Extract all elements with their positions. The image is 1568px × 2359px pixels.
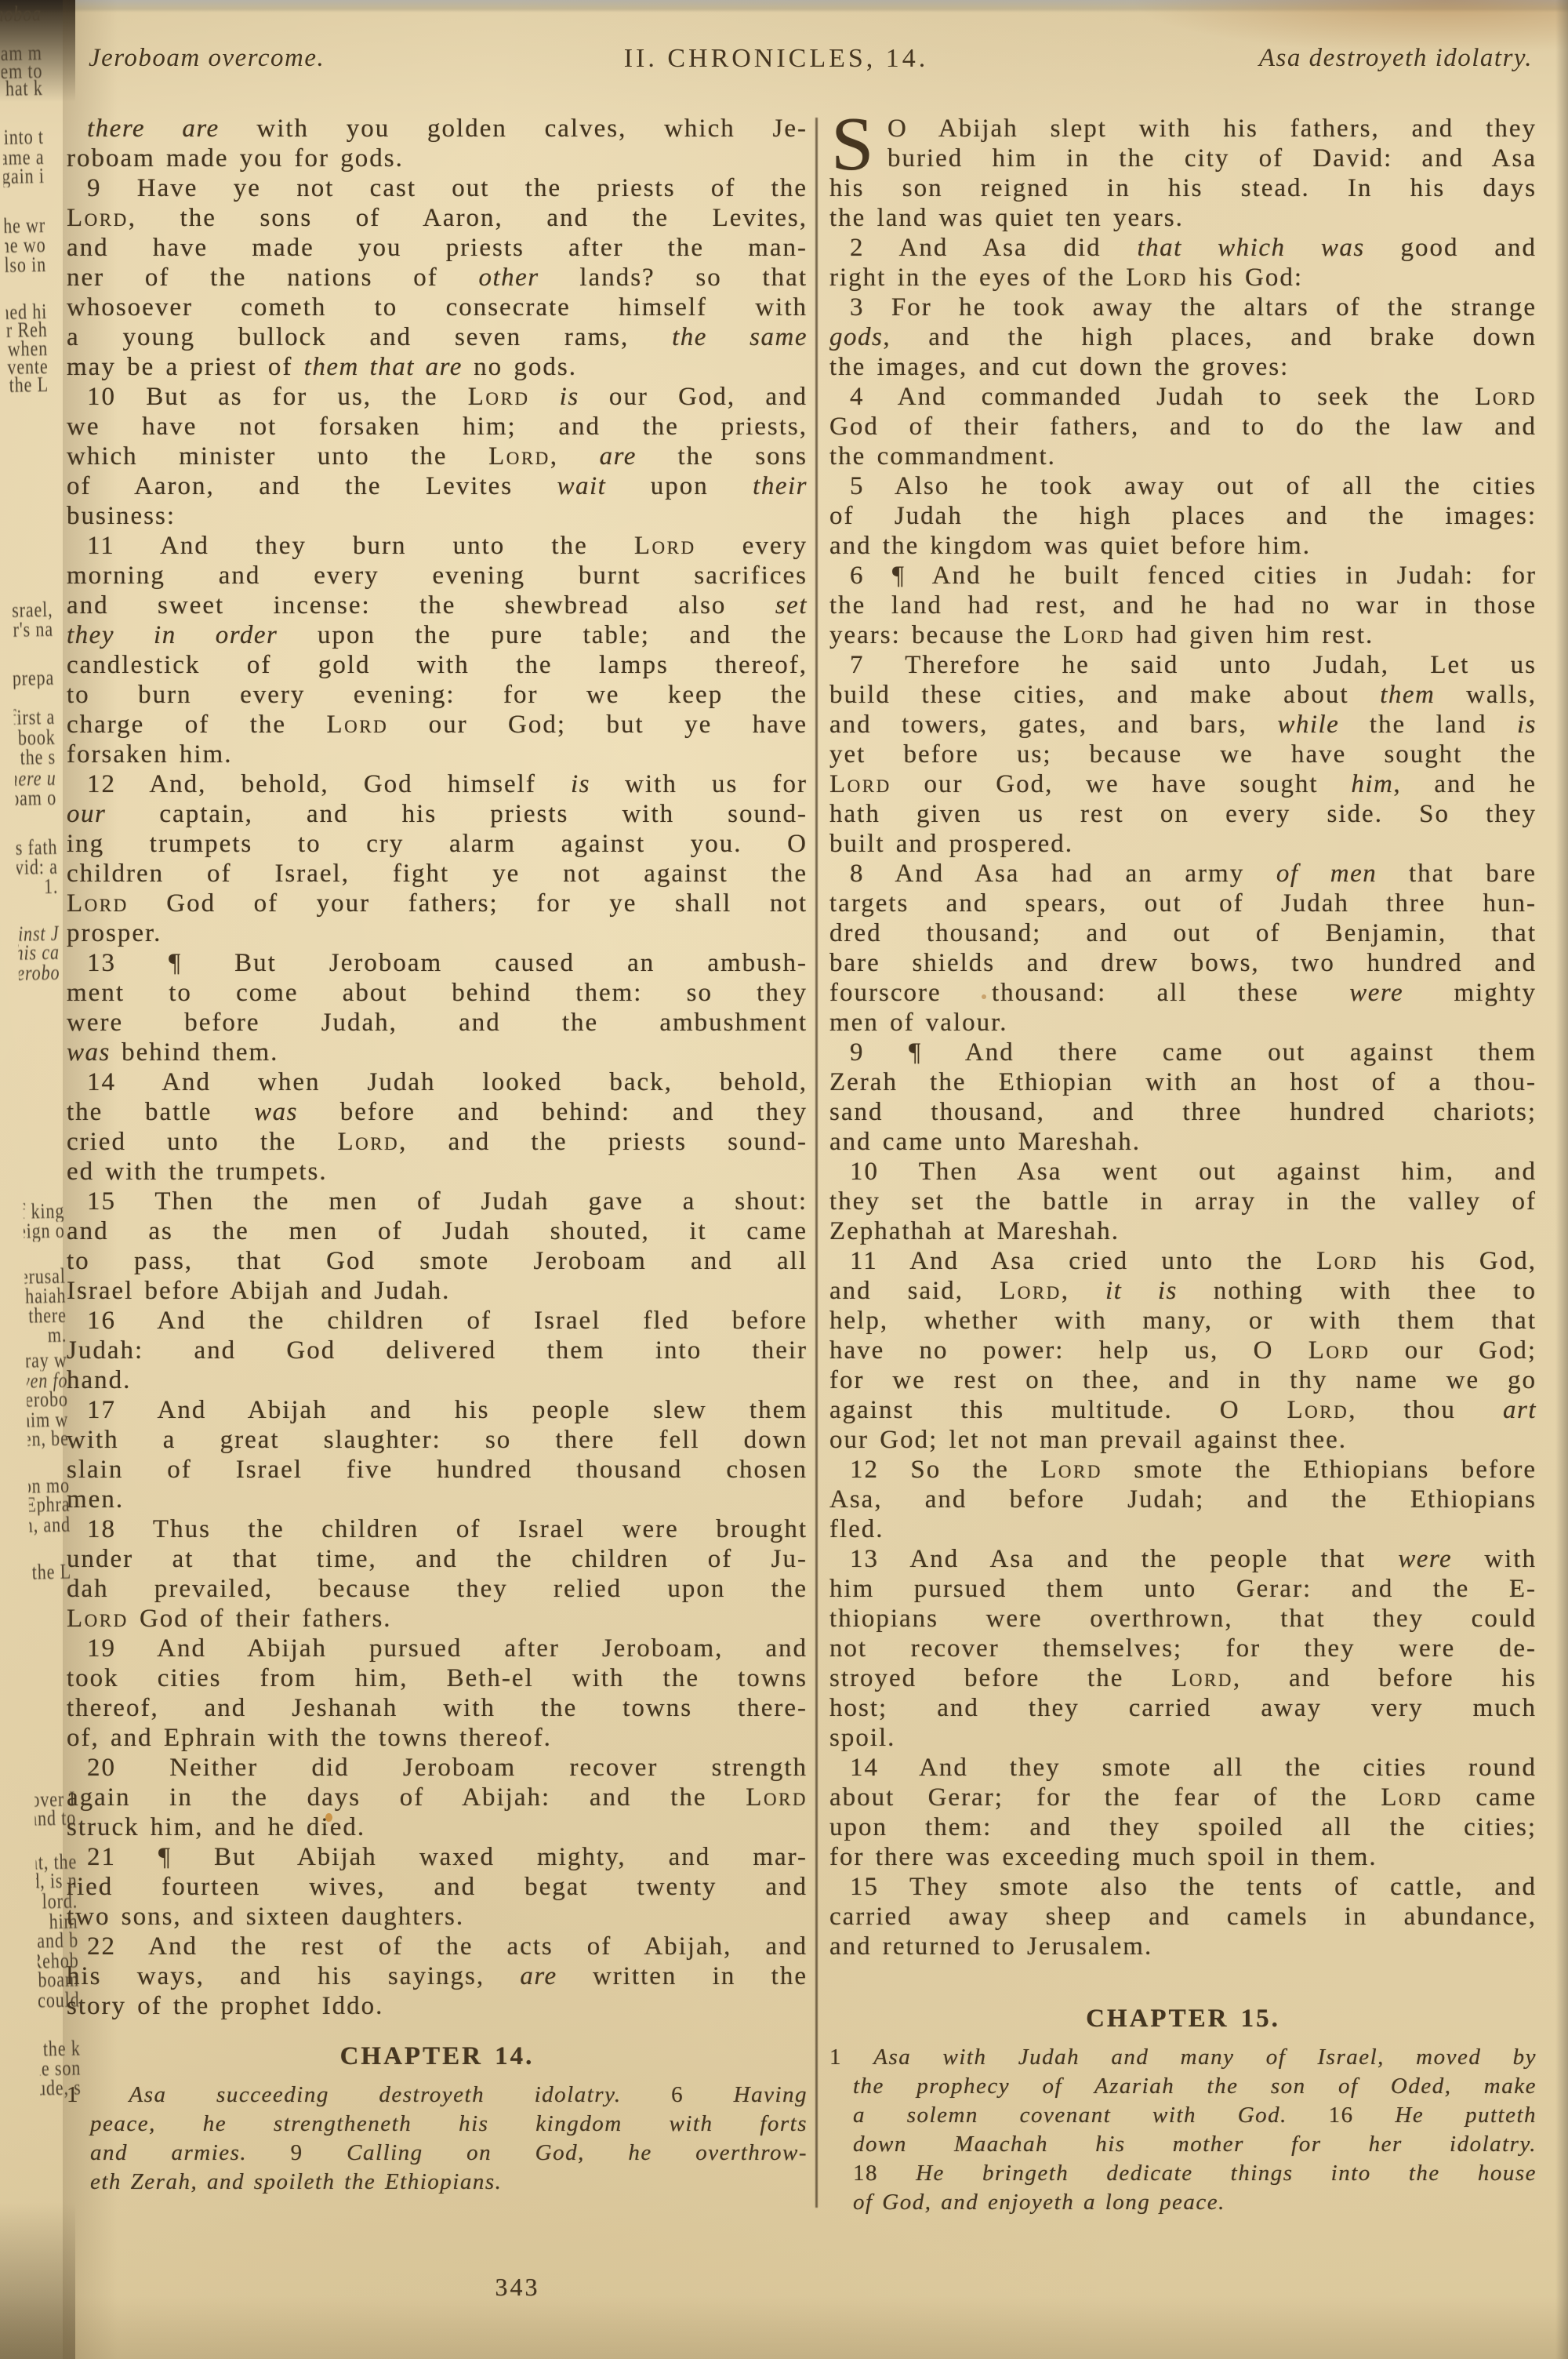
gutter-text-fragment: into t — [2, 126, 44, 148]
text-line: prosper. — [67, 918, 808, 948]
text-line: and said, Lord, it is nothing with thee … — [829, 1276, 1537, 1306]
text-line: charge of the Lord our God; but ye have — [67, 710, 808, 740]
text-line: stroyed before the Lord, and before his — [829, 1663, 1537, 1693]
text-line: hand. — [67, 1365, 808, 1395]
text-line: 13 And Asa and the people that were with — [829, 1544, 1537, 1574]
text-line: candlestick of gold with the lamps there… — [67, 650, 808, 680]
text-line: were before Judah, and the ambushment — [67, 1008, 808, 1038]
text-line: 2 And Asa did that which was good and — [829, 233, 1537, 263]
text-line: a solemn covenant with God. 16 He puttet… — [853, 2101, 1537, 2130]
text-line: built and prospered. — [829, 829, 1537, 859]
text-line: children of Israel, fight ye not against… — [67, 859, 808, 889]
verse-paragraph: SO Abijah slept with his fathers, and th… — [829, 114, 1537, 233]
text-line: 7 Therefore he said unto Judah, Let us — [829, 650, 1537, 680]
text-line: with a great slaughter: so there fell do… — [67, 1425, 808, 1455]
text-line: dah prevailed, because they relied upon … — [67, 1574, 808, 1604]
verse-paragraph: 10 Then Asa went out against him, andthe… — [829, 1157, 1537, 1246]
text-line: we have not forsaken him; and the priest… — [67, 412, 808, 442]
text-line: ment to come about behind them: so they — [67, 978, 808, 1008]
text-line: the images, and cut down the groves: — [829, 352, 1537, 382]
text-line: him pursued them unto Gerar: and the E- — [829, 1574, 1537, 1604]
gutter-text-fragment: gain i — [3, 165, 45, 187]
text-line: for there was exceeding much spoil in th… — [829, 1842, 1537, 1872]
verse-paragraph: 14 And they smote all the cities roundab… — [829, 1753, 1537, 1872]
text-line: 11 And they burn unto the Lord every — [67, 531, 808, 561]
verse-paragraph: 2 And Asa did that which was good andrig… — [829, 233, 1537, 293]
text-line: the land was quiet ten years. — [829, 203, 1537, 233]
text-line: yet before us; because we have sought th… — [829, 740, 1537, 769]
page-top-edge — [0, 0, 1568, 13]
gutter-text-fragment: boam o — [15, 787, 56, 809]
text-line: fled. — [829, 1514, 1537, 1544]
verse-paragraph: 8 And Asa had an army of men that bareta… — [829, 859, 1537, 1038]
text-line: peace, he strengtheneth his kingdom with… — [90, 2110, 808, 2139]
text-line: against this multitude. O Lord, thou art — [829, 1395, 1537, 1425]
text-line: Lord, the sons of Aaron, and the Levites… — [67, 203, 808, 233]
text-line: about Gerar; for the fear of the Lord ca… — [829, 1783, 1537, 1812]
text-line: 1 Asa succeeding destroyeth idolatry. 6 … — [90, 2081, 808, 2110]
verse-paragraph: 12 And, behold, God himself is with us f… — [67, 769, 808, 948]
gutter-text-fragment: book — [14, 727, 56, 749]
text-line: morning and every evening burnt sacrific… — [67, 561, 808, 591]
gutter-text-fragment: he wo — [5, 234, 46, 256]
chapter-heading: CHAPTER 14. — [67, 2041, 808, 2071]
text-line: build these cities, and make about them … — [829, 680, 1537, 710]
text-line: the commandment. — [829, 442, 1537, 471]
page-right-edge — [1555, 0, 1568, 2359]
text-line: forsaken him. — [67, 740, 808, 769]
text-line: Lord God of your fathers; for ye shall n… — [67, 889, 808, 918]
text-line: took cities from him, Beth-el with the t… — [67, 1663, 808, 1693]
text-line: dred thousand; and out of Benjamin, that — [829, 918, 1537, 948]
text-line: spoil. — [829, 1723, 1537, 1753]
verse-paragraph: 5 Also he took away out of all the citie… — [829, 471, 1537, 561]
text-line: of God, and enjoyeth a long peace. — [853, 2188, 1537, 2217]
verse-paragraph: 14 And when Judah looked back, behold,th… — [67, 1067, 808, 1187]
gutter-text-fragment: Jerusal — [24, 1266, 66, 1288]
chapter-summary: 1 Asa with Judah and many of Israel, mov… — [829, 2043, 1537, 2217]
text-line: and the kingdom was quiet before him. — [829, 531, 1537, 561]
verse-paragraph: 16 And the children of Israel fled befor… — [67, 1306, 808, 1395]
text-line: 14 And they smote all the cities round — [829, 1753, 1537, 1783]
chapter-summary: 1 Asa succeeding destroyeth idolatry. 6 … — [67, 2081, 808, 2197]
gutter-text-fragment: 1. — [16, 876, 58, 898]
text-line: and have made you priests after the man- — [67, 233, 808, 263]
text-line: slain of Israel five hundred thousand ch… — [67, 1455, 808, 1485]
verse-paragraph: 9 Have ye not cast out the priests of th… — [67, 173, 808, 382]
text-line: of Judah the high places and the images: — [829, 501, 1537, 531]
gutter-text-fragment: avid: a — [16, 856, 58, 878]
column-divider-rule — [815, 118, 818, 2208]
page-bottom-shade — [0, 2296, 1568, 2359]
gutter-text-fragment: first a — [13, 707, 55, 729]
chapter-heading: CHAPTER 15. — [829, 2004, 1537, 2034]
text-line: business: — [67, 501, 808, 531]
text-line: 12 And, behold, God himself is with us f… — [67, 769, 808, 799]
text-line: 19 And Abijah pursued after Jeroboam, an… — [67, 1634, 808, 1663]
verse-paragraph: 11 And Asa cried unto the Lord his God,a… — [829, 1246, 1537, 1455]
text-line: 5 Also he took away out of all the citie… — [829, 471, 1537, 501]
text-line: Asa, and before Judah; and the Ethiopian… — [829, 1485, 1537, 1514]
verse-paragraph: 20 Neither did Jeroboam recover strength… — [67, 1753, 808, 1842]
verse-paragraph: 17 And Abijah and his people slew themwi… — [67, 1395, 808, 1514]
text-line: under at that time, and the children of … — [67, 1544, 808, 1574]
gutter-text-fragment: l there — [25, 1305, 67, 1327]
gutter-text-fragment: o the s — [14, 747, 56, 769]
text-line: struck him, and he died. — [67, 1812, 808, 1842]
text-line: men of valour. — [829, 1008, 1537, 1038]
text-line: O Abijah slept with his fathers, and the… — [829, 114, 1537, 144]
running-header: Jeroboam overcome. II. CHRONICLES, 14. A… — [67, 44, 1541, 80]
text-line: 18 Thus the children of Israel were brou… — [67, 1514, 808, 1544]
text-line: his son reigned in his stead. In his day… — [829, 173, 1537, 203]
bible-page: hoboaam mem tohat kinto tame again ithe … — [0, 0, 1568, 2359]
text-line: story of the prophet Iddo. — [67, 1991, 808, 2021]
text-line: they set the battle in array in the vall… — [829, 1187, 1537, 1216]
text-line: 20 Neither did Jeroboam recover strength — [67, 1753, 808, 1783]
text-line: carried away sheep and camels in abundan… — [829, 1902, 1537, 1932]
text-line: 3 For he took away the altars of the str… — [829, 293, 1537, 322]
verse-paragraph: 13 And Asa and the people that were with… — [829, 1544, 1537, 1753]
text-line: not recover themselves; for they were de… — [829, 1634, 1537, 1663]
gutter-text-fragment: reign o — [24, 1220, 65, 1242]
text-line: 13 ¶ But Jeroboam caused an ambush- — [67, 948, 808, 978]
text-line: 11 And Asa cried unto the Lord his God, — [829, 1246, 1537, 1276]
drop-cap: S — [831, 114, 874, 175]
text-line: 14 And when Judah looked back, behold, — [67, 1067, 808, 1097]
verse-paragraph: 21 ¶ But Abijah waxed mighty, and mar-ri… — [67, 1842, 808, 1932]
text-line: 12 So the Lord smote the Ethiopians befo… — [829, 1455, 1537, 1485]
text-line: of, and Ephrain with the towns thereof. — [67, 1723, 808, 1753]
text-line: 10 But as for us, the Lord is our God, a… — [67, 382, 808, 412]
text-column-right: SO Abijah slept with his fathers, and th… — [829, 114, 1537, 2217]
text-line: and as the men of Judah shouted, it came — [67, 1216, 808, 1246]
text-line: to pass, that God smote Jeroboam and all — [67, 1246, 808, 1276]
text-line: host; and they carried away very much — [829, 1693, 1537, 1723]
text-line: again in the days of Abijah: and the Lor… — [67, 1783, 808, 1812]
text-line: sand thousand, and three hundred chariot… — [829, 1097, 1537, 1127]
text-line: there are with you golden calves, which … — [67, 114, 808, 144]
text-line: they in order upon the pure table; and t… — [67, 620, 808, 650]
gutter-text-fragment: hat k — [2, 78, 43, 100]
verse-paragraph: there are with you golden calves, which … — [67, 114, 808, 173]
gutter-text-fragment: array w — [26, 1350, 67, 1372]
text-line: 17 And Abijah and his people slew them — [67, 1395, 808, 1425]
text-line: two sons, and sixteen daughters. — [67, 1902, 808, 1932]
text-line: upon them: and they spoiled all the citi… — [829, 1812, 1537, 1842]
gutter-text-fragment: chaiah — [24, 1285, 66, 1307]
text-line: Zerah the Ethiopian with an host of a th… — [829, 1067, 1537, 1097]
text-column-left: there are with you golden calves, which … — [67, 114, 808, 2197]
text-line: ed with the trumpets. — [67, 1157, 808, 1187]
text-line: and came unto Mareshah. — [829, 1127, 1537, 1157]
text-line: targets and spears, out of Judah three h… — [829, 889, 1537, 918]
text-line: Lord God of their fathers. — [67, 1604, 808, 1634]
text-line: 18 He bringeth dedicate things into the … — [853, 2159, 1537, 2188]
text-line: bare shields and drew bows, two hundred … — [829, 948, 1537, 978]
text-line: 9 ¶ And there came out against them — [829, 1038, 1537, 1067]
text-line: a young bullock and seven rams, the same — [67, 322, 808, 352]
text-line: 21 ¶ But Abijah waxed mighty, and mar- — [67, 1842, 808, 1872]
text-line: 1 Asa with Judah and many of Israel, mov… — [853, 2043, 1537, 2072]
verse-paragraph: 4 And commanded Judah to seek the LordGo… — [829, 382, 1537, 471]
text-line: years: because the Lord had given him re… — [829, 620, 1537, 650]
verse-paragraph: 11 And they burn unto the Lord everymorn… — [67, 531, 808, 769]
verse-paragraph: 3 For he took away the altars of the str… — [829, 293, 1537, 382]
text-line: 15 They smote also the tents of cattle, … — [829, 1872, 1537, 1902]
gutter-text-fragment: lso in — [5, 254, 46, 276]
text-line: Zephathah at Mareshah. — [829, 1216, 1537, 1246]
gutter-text-fragment: prepa — [13, 667, 54, 689]
text-line: ing trumpets to cry alarm against you. O — [67, 829, 808, 859]
text-line: 4 And commanded Judah to seek the Lord — [829, 382, 1537, 412]
gutter-text-fragment: m. — [25, 1325, 67, 1347]
text-line: 16 And the children of Israel fled befor… — [67, 1306, 808, 1336]
text-line: of Aaron, and the Levites wait upon thei… — [67, 471, 808, 501]
text-line: the land had rest, and he had no war in … — [829, 591, 1537, 620]
verse-paragraph: 10 But as for us, the Lord is our God, a… — [67, 382, 808, 531]
text-line: Lord our God, we have sought him, and he — [829, 769, 1537, 799]
text-line: down Maachah his mother for her idolatry… — [853, 2130, 1537, 2159]
text-line: was behind them. — [67, 1038, 808, 1067]
text-line: 10 Then Asa went out against him, and — [829, 1157, 1537, 1187]
text-line: and towers, gates, and bars, while the l… — [829, 710, 1537, 740]
text-line: right in the eyes of the Lord his God: — [829, 263, 1537, 293]
text-line: which minister unto the Lord, are the so… — [67, 442, 808, 471]
text-line: 8 And Asa had an army of men that bare — [829, 859, 1537, 889]
text-line: for we rest on thee, and in thy name we … — [829, 1365, 1537, 1395]
text-line: 6 ¶ And he built fenced cities in Judah:… — [829, 561, 1537, 591]
text-line: whosoever cometh to consecrate himself w… — [67, 293, 808, 322]
text-line: roboam made you for gods. — [67, 144, 808, 173]
text-line: to burn every evening: for we keep the — [67, 680, 808, 710]
verse-paragraph: 15 Then the men of Judah gave a shout:an… — [67, 1187, 808, 1306]
text-line: God of their fathers, and to do the law … — [829, 412, 1537, 442]
text-line: men. — [67, 1485, 808, 1514]
gutter-text-fragment: the wr — [4, 215, 45, 237]
text-line: thereof, and Jeshanah with the towns the… — [67, 1693, 808, 1723]
text-line: gods, and the high places, and brake dow… — [829, 322, 1537, 352]
text-line: buried him in the city of David: and Asa — [829, 144, 1537, 173]
paper-speck — [325, 1813, 332, 1822]
text-line: have no power: help us, O Lord our God; — [829, 1336, 1537, 1365]
gutter-text-fragment: here u — [15, 768, 56, 790]
text-line: and returned to Jerusalem. — [829, 1932, 1537, 1961]
verse-paragraph: 7 Therefore he said unto Judah, Let usbu… — [829, 650, 1537, 859]
text-line: and armies. 9 Calling on God, he overthr… — [90, 2139, 808, 2168]
paper-speck — [982, 994, 986, 999]
text-line: help, whether with many, or with them th… — [829, 1306, 1537, 1336]
text-line: ner of the nations of other lands? so th… — [67, 263, 808, 293]
gutter-text-fragment: the L — [7, 374, 49, 396]
text-line: and sweet incense: the shewbread also se… — [67, 591, 808, 620]
gutter-text-fragment: f king — [23, 1201, 64, 1223]
gutter-text-fragment: hoboa — [0, 3, 42, 25]
text-line: 15 Then the men of Judah gave a shout: — [67, 1187, 808, 1216]
text-line: our captain, and his priests with sound- — [67, 799, 808, 829]
text-line: cried unto the Lord, and the priests sou… — [67, 1127, 808, 1157]
gutter-text-fragment: Jerobo — [19, 962, 60, 984]
text-line: Israel before Abijah and Judah. — [67, 1276, 808, 1306]
text-line: his ways, and his sayings, are written i… — [67, 1961, 808, 1991]
text-line: fourscore thousand: all these were might… — [829, 978, 1537, 1008]
text-line: Judah: and God delivered them into their — [67, 1336, 808, 1365]
verse-paragraph: 18 Thus the children of Israel were brou… — [67, 1514, 808, 1634]
gutter-text-fragment: is fath — [16, 837, 58, 859]
verse-paragraph: 19 And Abijah pursued after Jeroboam, an… — [67, 1634, 808, 1753]
verse-paragraph: 6 ¶ And he built fenced cities in Judah:… — [829, 561, 1537, 650]
header-right-title: Asa destroyeth idolatry. — [1259, 44, 1533, 73]
text-line: 22 And the rest of the acts of Abijah, a… — [67, 1932, 808, 1961]
text-line: our God; let not man prevail against the… — [829, 1425, 1537, 1455]
verse-paragraph: 15 They smote also the tents of cattle, … — [829, 1872, 1537, 1961]
verse-paragraph: 22 And the rest of the acts of Abijah, a… — [67, 1932, 808, 2021]
text-line: the battle was before and behind: and th… — [67, 1097, 808, 1127]
verse-paragraph: 13 ¶ But Jeroboam caused an ambush-ment … — [67, 948, 808, 1067]
gutter-text-fragment: Israel, — [12, 599, 53, 621]
text-line: eth Zerah, and spoileth the Ethiopians. — [90, 2168, 808, 2197]
text-line: thiopians were overthrown, that they cou… — [829, 1604, 1537, 1634]
text-line: may be a priest of them that are no gods… — [67, 352, 808, 382]
text-line: ried fourteen wives, and begat twenty an… — [67, 1872, 808, 1902]
verse-paragraph: 12 So the Lord smote the Ethiopians befo… — [829, 1455, 1537, 1544]
text-line: hath given us rest on every side. So the… — [829, 799, 1537, 829]
text-line: 9 Have ye not cast out the priests of th… — [67, 173, 808, 203]
gutter-text-fragment: f his ca — [18, 942, 60, 964]
gutter-text-fragment: er's na — [12, 619, 53, 641]
verse-paragraph: 9 ¶ And there came out against themZerah… — [829, 1038, 1537, 1157]
text-line: the prophecy of Azariah the son of Oded,… — [853, 2072, 1537, 2101]
